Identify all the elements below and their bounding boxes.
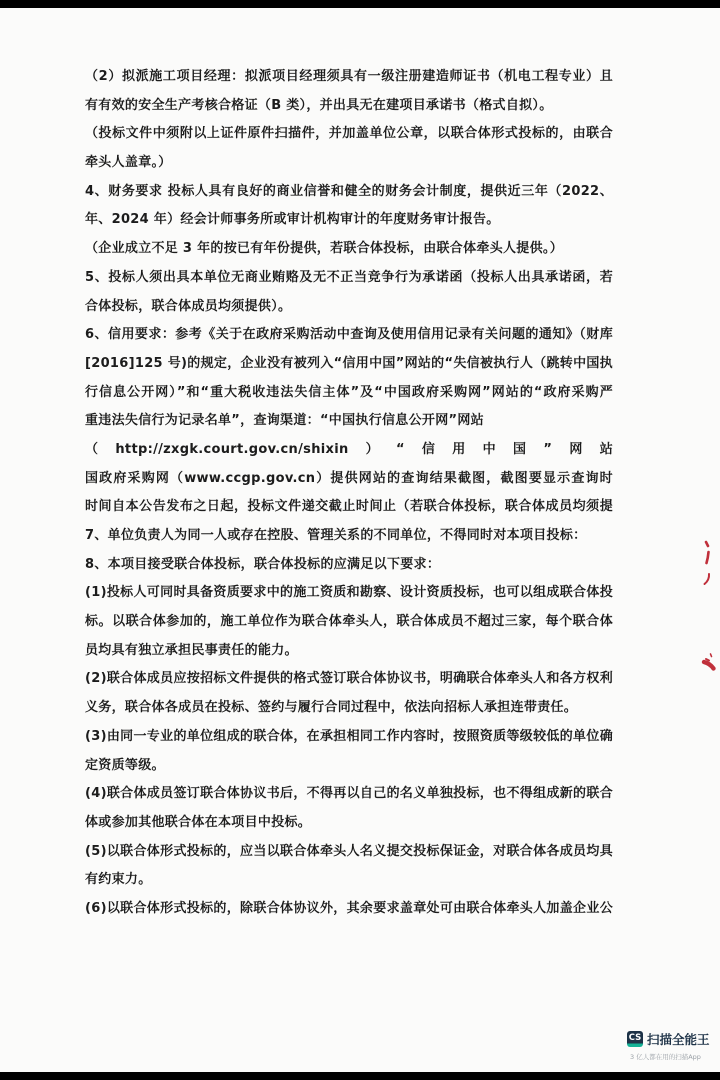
document-line: (5)以联合体形式投标的，应当以联合体牵头人名义提交投标保证金，对联合体各成员均… bbox=[85, 838, 613, 867]
document-line: 标。以联合体参加的，施工单位作为联合体牵头人，联合体成员不超过三家，每个联合体成 bbox=[85, 608, 613, 637]
document-line: 义务，联合体各成员在投标、签约与履行合同过程中，依法向招标人承担连带责任。 bbox=[85, 694, 613, 723]
document-line: 8、本项目接受联合体投标，联合体投标的应满足以下要求： bbox=[85, 551, 613, 580]
letterbox-top-bar bbox=[0, 0, 720, 8]
document-line: 牵头人盖章。） bbox=[85, 149, 613, 178]
watermark-tagline: 3 亿人都在用的扫描App bbox=[630, 1052, 720, 1061]
document-line: 有约束力。 bbox=[85, 866, 613, 895]
document-line: 合体投标，联合体成员均须提供）。 bbox=[85, 293, 613, 322]
document-line: 年、2024 年）经会计师事务所或审计机构审计的年度财务审计报告。 bbox=[85, 206, 613, 235]
document-line: （2）拟派施工项目经理：拟派项目经理须具有一级注册建造师证书（机电工程专业）且具 bbox=[85, 63, 613, 92]
document-text-block: （2）拟派施工项目经理：拟派项目经理须具有一级注册建造师证书（机电工程专业）且具… bbox=[85, 63, 613, 924]
document-line: (2)联合体成员应按招标文件提供的格式签订联合体协议书，明确联合体牵头人和各方权… bbox=[85, 665, 613, 694]
document-line: (6)以联合体形式投标的，除联合体协议外，其余要求盖章处可由联合体牵头人加盖企业… bbox=[85, 895, 613, 924]
document-line: 国政府采购网（www.ccgp.gov.cn）提供网站的查询结果截图，截图要显示… bbox=[85, 465, 613, 494]
document-line: 有有效的安全生产考核合格证（B 类），并出具无在建项目承诺书（格式自拟）。 bbox=[85, 92, 613, 121]
document-line: 定资质等级。 bbox=[85, 752, 613, 781]
document-line: 7、单位负责人为同一人或存在控股、管理关系的不同单位，不得同时对本项目投标： bbox=[85, 522, 613, 551]
document-line: （http://zxgk.court.gov.cn/shixin）“信用中国”网… bbox=[85, 436, 613, 465]
document-line: 体或参加其他联合体在本项目中投标。 bbox=[85, 809, 613, 838]
document-line: 员均具有独立承担民事责任的能力。 bbox=[85, 637, 613, 666]
document-line: [2016]125 号)的规定，企业没有被列入“信用中国”网站的“失信被执行人（… bbox=[85, 350, 613, 379]
camscanner-logo-icon: CS bbox=[627, 1031, 643, 1047]
document-line: （投标文件中须附以上证件原件扫描件，并加盖单位公章，以联合体形式投标的，由联合体 bbox=[85, 120, 613, 149]
document-line: (1)投标人可同时具备资质要求中的施工资质和勘察、设计资质投标，也可以组成联合体… bbox=[85, 579, 613, 608]
document-line: 重违法失信行为记录名单”，查询渠道：“中国执行信息公开网”网站 bbox=[85, 407, 613, 436]
camscanner-watermark: CS 扫描全能王 3 亿人都在用的扫描App bbox=[627, 1030, 720, 1061]
document-line: (3)由同一专业的单位组成的联合体，在承担相同工作内容时，按照资质等级较低的单位… bbox=[85, 723, 613, 752]
document-line: 时间自本公告发布之日起，投标文件递交截止时间止（若联合体投标，联合体成员均须提供… bbox=[85, 493, 613, 522]
document-line: 行信息公开网）”和“重大税收违法失信主体”及“中国政府采购网”网站的“政府采购严 bbox=[85, 379, 613, 408]
letterbox-bottom-bar bbox=[0, 1072, 720, 1080]
document-line: (4)联合体成员签订联合体协议书后，不得再以自己的名义单独投标，也不得组成新的联… bbox=[85, 780, 613, 809]
document-line: （企业成立不足 3 年的按已有年份提供，若联合体投标，由联合体牵头人提供。） bbox=[85, 235, 613, 264]
document-line: 4、财务要求 投标人具有良好的商业信誉和健全的财务会计制度，提供近三年（2022… bbox=[85, 178, 613, 207]
handwritten-red-ink-marks bbox=[698, 535, 720, 677]
watermark-brand-text: 扫描全能王 bbox=[647, 1030, 710, 1048]
scanned-document-page: （2）拟派施工项目经理：拟派项目经理须具有一级注册建造师证书（机电工程专业）且具… bbox=[0, 0, 720, 1080]
document-line: 6、信用要求：参考《关于在政府采购活动中查询及使用信用记录有关问题的通知》（财库 bbox=[85, 321, 613, 350]
document-line: 5、投标人须出具本单位无商业贿赂及无不正当竞争行为承诺函（投标人出具承诺函，若联 bbox=[85, 264, 613, 293]
